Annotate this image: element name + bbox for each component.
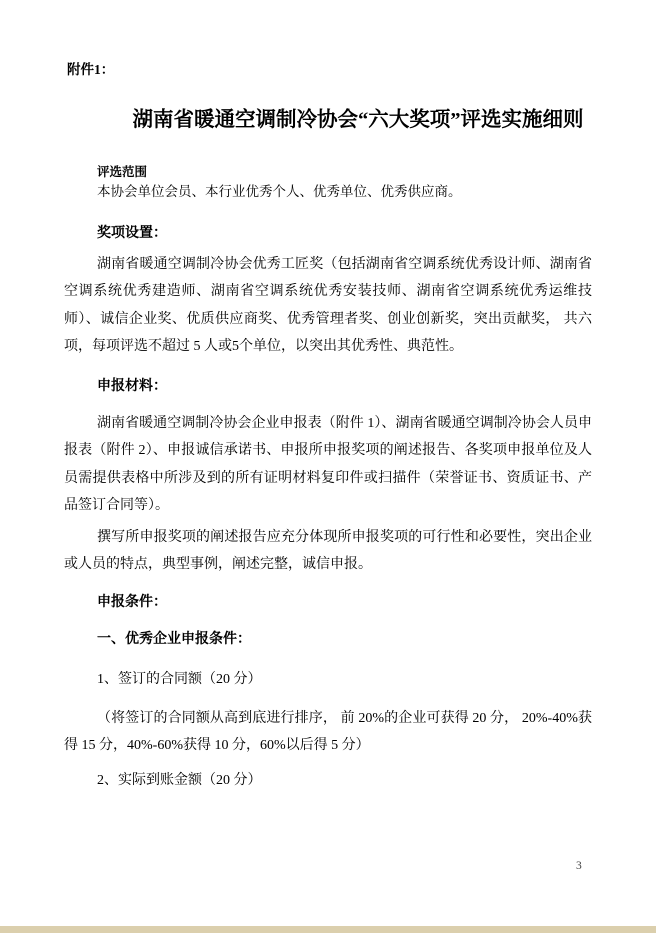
scope-heading: 评选范围 bbox=[97, 164, 147, 180]
awards-paragraph: 湖南省暖通空调制冷协会优秀工匠奖（包括湖南省空调系统优秀设计师、湖南省空调系统优… bbox=[64, 251, 592, 361]
scope-text: 本协会单位会员、本行业优秀个人、优秀单位、优秀供应商。 bbox=[97, 183, 462, 200]
condition-item-received-amount: 2、实际到账金额（20 分） bbox=[97, 773, 262, 789]
enterprise-conditions-heading: 一、优秀企业申报条件： bbox=[97, 632, 251, 648]
attachment-label: 附件1： bbox=[67, 61, 114, 79]
document-page: { "document": { "attachment_label": "附件1… bbox=[0, 0, 656, 933]
materials-paragraph: 湖南省暖通空调制冷协会企业申报表（附件 1）、湖南省暖通空调制冷协会人员申报表（… bbox=[64, 410, 592, 520]
document-title: 湖南省暖通空调制冷协会“六大奖项”评选实施细则 bbox=[94, 105, 622, 135]
condition-item-contract-amount: 1、签订的合同额（20 分） bbox=[97, 672, 262, 688]
contract-amount-scoring-note: （将签订的合同额从高到底进行排序， 前 20%的企业可获得 20 分， 20%-… bbox=[64, 705, 592, 760]
page-number: 3 bbox=[576, 859, 582, 873]
awards-setup-heading: 奖项设置： bbox=[97, 226, 167, 242]
report-requirements-paragraph: 撰写所申报奖项的阐述报告应充分体现所申报奖项的可行性和必要性，突出企业或人员的特… bbox=[64, 524, 592, 579]
footer-strip bbox=[0, 926, 656, 933]
materials-heading: 申报材料： bbox=[97, 379, 167, 395]
conditions-heading: 申报条件： bbox=[97, 595, 167, 611]
